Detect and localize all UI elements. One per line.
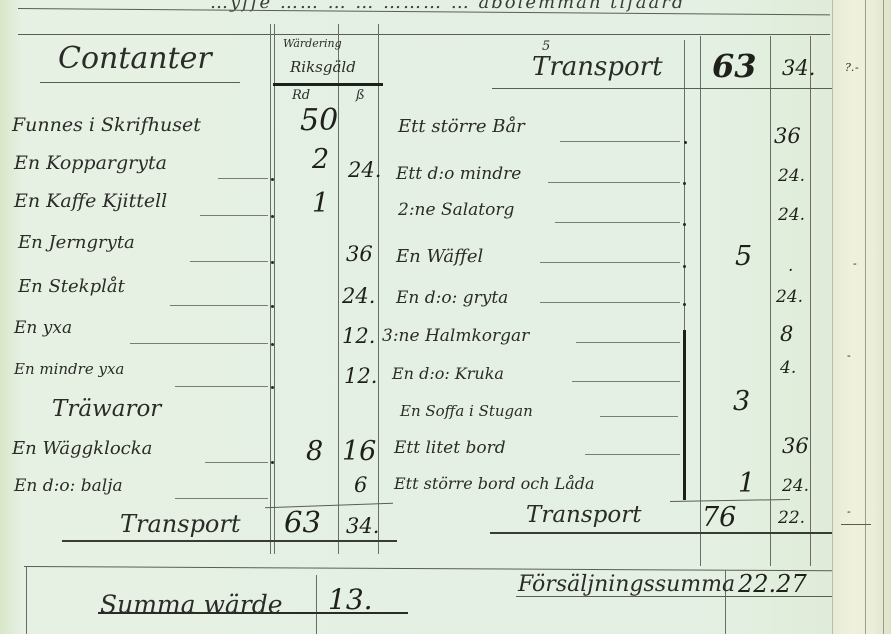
item-label: En Koppargryta [14,154,167,173]
transport-label: Transport [526,504,641,527]
item-s: 24. [348,160,381,181]
right-col-rule-c [810,36,811,566]
subheading-trawaror: Träwaror [52,398,161,421]
item-s: 16 [342,438,376,465]
carried-forward-s: 34. [782,58,815,79]
footer-left-rule [26,566,27,634]
footer-rule [24,566,834,571]
item-label: En Kaffe Kjittell [14,192,167,211]
carried-forward-rd: 63 [712,50,757,82]
item-label: En d:o: gryta [396,290,508,307]
item-label: En Jerngryta [18,234,135,252]
item-rd: 2 [312,146,329,173]
item-s: 8 [780,324,793,345]
transport-rd: 63 [284,508,321,537]
item-s: 6 [354,475,367,496]
value-header-line1: Wärdering [283,38,342,49]
item-label: En Wäffel [396,248,483,266]
item-s: . [788,258,793,275]
item-s: 36 [774,126,801,147]
forsaljning-label: Försäljningssumma [518,574,735,596]
item-s: 24. [782,478,809,495]
transport-s: 22. [778,510,805,527]
item-s: 12. [342,326,375,347]
item-label: En Stekplåt [18,278,125,296]
ledger-page: …yffe …… … … ……… … åbolemman tifaard Con… [0,0,840,634]
item-label: Ett större bord och Låda [394,476,595,492]
right-ink-rule [683,330,686,500]
item-rd: 8 [306,438,323,465]
item-label: Ett litet bord [394,440,506,457]
item-label: 2:ne Salatorg [398,202,514,219]
value-header-line2: Riksgäld [290,60,356,75]
footer-mid-rule [316,575,317,634]
margin-mark: - [847,350,851,361]
page-gutter: ?. - - - - [832,0,891,634]
right-ink-rule-thin [684,40,685,330]
unit-header-rd: Rd [292,89,310,102]
item-s: 24. [778,168,805,185]
item-label: En mindre yxa [14,362,124,377]
item-rd: 3 [733,388,750,415]
margin-mark: - [855,62,859,73]
heading-underline [40,82,240,83]
item-rd: 1 [738,470,755,497]
item-label: En d:o: Kruka [392,366,504,382]
margin-mark: ?. [845,62,854,73]
item-label: En yxa [14,320,72,337]
item-s: 12. [344,366,377,387]
item-s: 24. [776,289,803,306]
summa-value: 13. [328,586,373,614]
forsaljning-value: 22.27 [738,572,807,596]
item-label: Ett d:o mindre [396,166,521,183]
item-s: 24. [778,207,805,224]
item-s: 36 [782,436,809,457]
unit-header-s: ß [356,89,365,102]
value-header-rule [273,83,383,86]
right-col-rule-a [700,36,701,566]
transport-rd: 76 [702,504,736,531]
left-col-rule-a [270,24,271,554]
margin-mark: - [853,258,857,269]
item-label: Ett större Bår [398,118,525,136]
item-s: 36 [346,244,373,265]
carried-forward-rule [492,88,832,89]
item-label: Funnes i Skrifhuset [12,116,201,135]
item-rd: 1 [312,190,329,217]
item-label: En Wäggklocka [12,440,152,458]
item-rd: 5 [735,243,752,270]
transport-label: Transport [120,512,241,536]
left-col-rule-d [378,24,379,554]
heading-contanter: Contanter [58,44,212,74]
left-col-rule-c [338,24,339,554]
carried-forward-label: Transport [532,54,663,80]
margin-mark: - [847,506,851,517]
item-rd: 50 [300,106,338,136]
right-col-rule-b [770,36,771,566]
item-label: En d:o: balja [14,478,123,495]
left-col-rule-b [274,24,275,554]
item-label: En Soffa i Stugan [400,404,533,419]
item-s: 4. [780,360,796,377]
header-rule [18,34,830,35]
item-s: 24. [342,286,375,307]
transport-s: 34. [346,516,379,537]
item-label: 3:ne Halmkorgar [382,328,529,345]
